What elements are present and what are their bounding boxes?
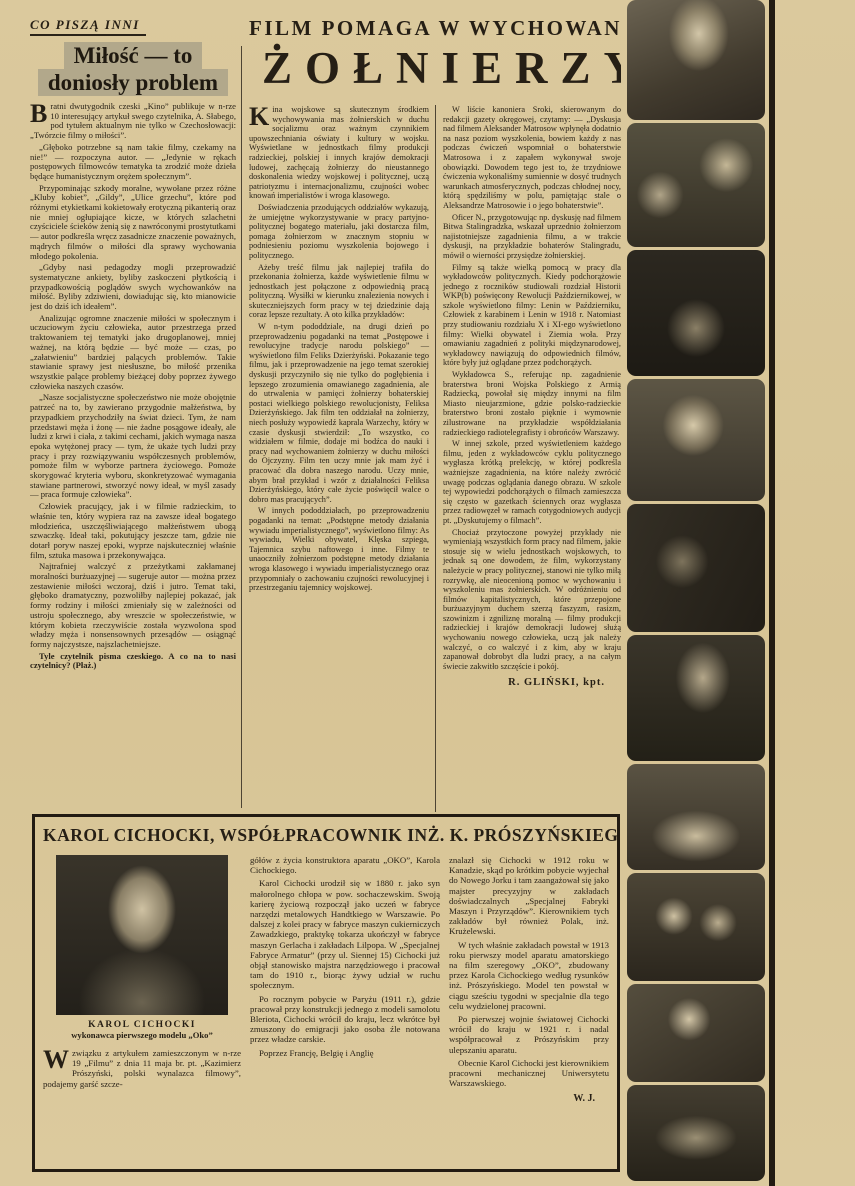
paragraph: Bratni dwutygodnik czeski „Kino” publiku… <box>30 102 236 141</box>
film-still <box>627 379 765 501</box>
film-still <box>627 873 765 981</box>
paragraph: Obecnie Karol Cichocki jest kierownikiem… <box>449 1058 609 1089</box>
paragraph: Przypominając szkody moralne, wywołane p… <box>30 184 236 262</box>
paragraph: Najtrafniej walczyć z przeżytkami zakłam… <box>30 562 236 649</box>
film-still <box>627 984 765 1082</box>
author-byline: R. GLIŃSKI, kpt. <box>443 678 621 688</box>
left-title-line2: doniosły problem <box>38 69 228 96</box>
paragraph: Po rocznym pobycie w Paryżu (1911 r.), g… <box>250 994 440 1045</box>
paragraph: „Nasze socjalistyczne społeczeństwo nie … <box>30 393 236 500</box>
paragraph: Poprzez Francję, Belgię i Anglię <box>250 1048 440 1058</box>
paragraph: Filmy są także wielką pomocą w pracy dla… <box>443 263 621 369</box>
bottom-column-1: gółów z życia konstruktora aparatu „OKO”… <box>250 855 440 1104</box>
portrait-photo <box>56 855 228 1015</box>
film-still <box>627 123 765 247</box>
film-strip <box>627 0 765 1186</box>
photo-caption-name: KAROL CICHOCKI <box>43 1020 241 1030</box>
paragraph: W n-tym pododdziale, na drugi dzień po p… <box>249 322 429 504</box>
paragraph: Ażeby treść filmu jak najlepiej trafiła … <box>249 263 429 321</box>
left-article-title: Miłość — to doniosły problem <box>30 42 236 96</box>
paragraph: znalazł się Cichocki w 1912 roku w Kanad… <box>449 855 609 937</box>
paragraph: Kina wojskowe są skutecznym środkiem wyc… <box>249 105 429 201</box>
newspaper-page: CO PISZĄ INNI Miłość — to doniosły probl… <box>0 0 855 1186</box>
film-still <box>627 504 765 632</box>
paragraph: „Głęboko potrzebne są nam takie filmy, c… <box>30 143 236 182</box>
paragraph: W innych pododdziałach, po przeprowadzen… <box>249 506 429 592</box>
paragraph: Analizując ogromne znaczenie miłości w s… <box>30 314 236 392</box>
left-article: CO PISZĄ INNI Miłość — to doniosły probl… <box>30 16 236 812</box>
film-still <box>627 764 765 870</box>
main-headline-line1: FILM POMAGA W WYCHOWANIU <box>249 16 621 41</box>
main-article-columns: Kina wojskowe są skutecznym środkiem wyc… <box>249 105 621 812</box>
author-initials: W. J. <box>449 1093 609 1104</box>
paragraph: Wykładowca S., referując np. zagadnienie… <box>443 370 621 437</box>
photo-caption-role: wykonawca pierwszego modelu „Oko” <box>43 1030 241 1040</box>
film-still <box>627 0 765 120</box>
main-column-2: W liście kanoniera Sroki, skierowanym do… <box>435 105 621 812</box>
paragraph: gółów z życia konstruktora aparatu „OKO”… <box>250 855 440 875</box>
bottom-column-2: znalazł się Cichocki w 1912 roku w Kanad… <box>449 855 609 1104</box>
film-still <box>627 635 765 761</box>
paragraph: Doświadczenia przodujących oddziałów wyk… <box>249 203 429 261</box>
closing-line: Tyle czytelnik pisma czeskiego. A co na … <box>30 652 236 671</box>
section-kicker: CO PISZĄ INNI <box>30 17 146 36</box>
bottom-article: KAROL CICHOCKI, WSPÓŁPRACOWNIK INŻ. K. P… <box>32 814 620 1172</box>
intro-paragraph: W związku z artykułem zamieszczonym w n-… <box>43 1048 241 1089</box>
bottom-article-columns: KAROL CICHOCKI wykonawca pierwszego mode… <box>43 855 609 1104</box>
paragraph: Człowiek pracujący, jak i w filmie radzi… <box>30 502 236 560</box>
film-still <box>627 1085 765 1181</box>
paragraph: „Gdyby nasi pedagodzy mogli przeprowadzi… <box>30 263 236 312</box>
main-headline-line2: ŻOŁNIERZY <box>249 42 621 94</box>
main-column-1: Kina wojskowe są skutecznym środkiem wyc… <box>249 105 435 812</box>
film-strip-rule <box>769 0 775 1186</box>
bottom-left-block: KAROL CICHOCKI wykonawca pierwszego mode… <box>43 855 241 1104</box>
column-divider <box>241 46 242 808</box>
paragraph: W tych właśnie zakładach powstał w 1913 … <box>449 940 609 1011</box>
left-title-line1: Miłość — to <box>64 42 203 69</box>
paragraph: Oficer N., przygotowując np. dyskusję na… <box>443 213 621 261</box>
bottom-headline: KAROL CICHOCKI, WSPÓŁPRACOWNIK INŻ. K. P… <box>43 825 609 846</box>
paragraph: W innej szkole, przed wyświetleniem każd… <box>443 439 621 525</box>
paragraph: Chociaż przytoczone powyżej przykłady ni… <box>443 528 621 672</box>
paragraph: Karol Cichocki urodził się w 1880 r. jak… <box>250 878 440 990</box>
film-still <box>627 250 765 376</box>
main-article: FILM POMAGA W WYCHOWANIU ŻOŁNIERZY Kina … <box>249 16 621 812</box>
paragraph: W liście kanoniera Sroki, skierowanym do… <box>443 105 621 211</box>
paragraph: Po pierwszej wojnie światowej Cichocki w… <box>449 1014 609 1055</box>
